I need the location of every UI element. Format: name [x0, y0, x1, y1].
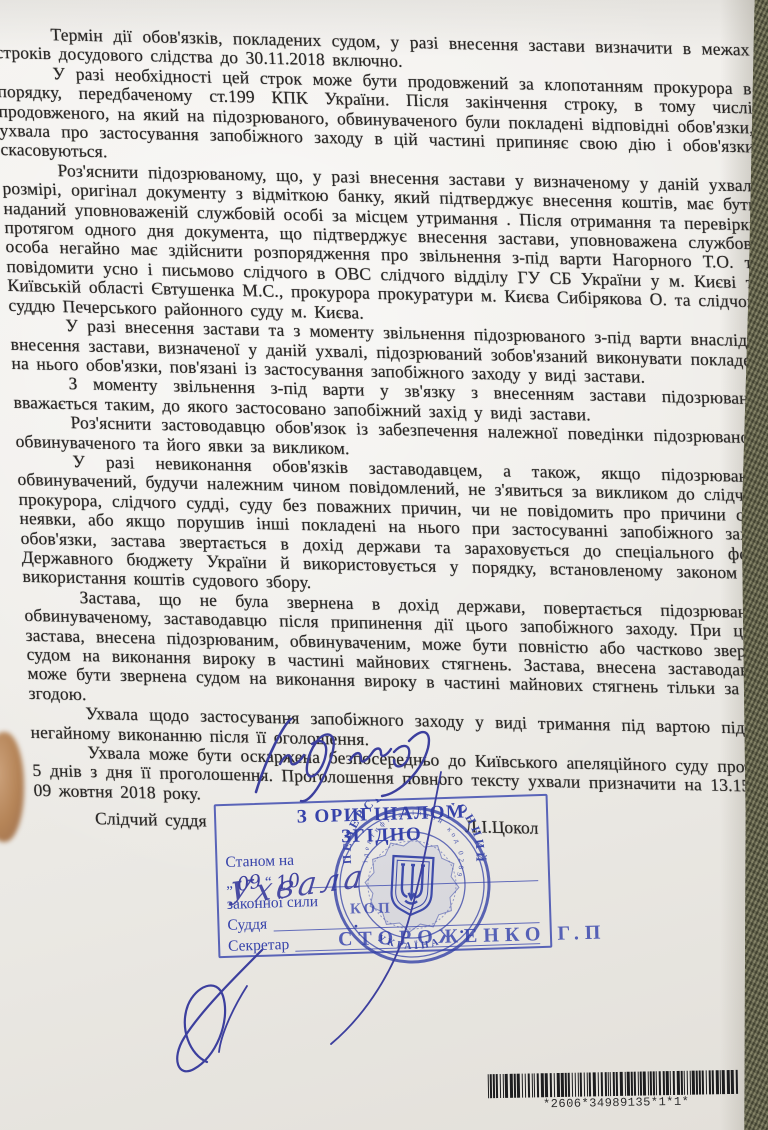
paragraph: У разі невиконання обов'язків заставодав…	[16, 451, 768, 603]
barcode-bar	[557, 1073, 560, 1097]
barcode-bar	[490, 1074, 492, 1098]
barcode-bar	[709, 1070, 711, 1094]
seal-right-dot: •	[459, 925, 464, 939]
barcode-bar	[568, 1073, 570, 1097]
barcode-bar	[500, 1074, 501, 1098]
barcode-bar	[537, 1073, 539, 1097]
barcode-bar	[687, 1071, 688, 1095]
barcode-bar	[722, 1070, 725, 1094]
barcode-bar	[601, 1072, 603, 1096]
barcode-bar	[659, 1071, 661, 1095]
barcode-bar	[673, 1071, 675, 1095]
barcode-bar	[517, 1074, 520, 1098]
judge-label: Суддя	[227, 916, 267, 935]
barcode-bars	[488, 1070, 744, 1098]
barcode-bar	[575, 1073, 576, 1097]
barcode-bar	[702, 1070, 704, 1094]
barcode-bar	[550, 1073, 552, 1097]
barcode-bar	[554, 1073, 555, 1097]
barcode-bar	[696, 1071, 698, 1095]
barcode-bar	[684, 1071, 685, 1095]
barcode-bar	[656, 1071, 657, 1095]
barcode-bar	[653, 1071, 655, 1095]
paragraph: Роз'яснити підозрюваному, що, у разі вне…	[1, 160, 764, 332]
barcode-bar	[505, 1074, 508, 1098]
paragraph: Застава, що не була звернена в дохід дер…	[23, 587, 768, 720]
barcode-bar	[666, 1071, 669, 1095]
barcode-bar	[692, 1071, 695, 1095]
barcode-bar	[514, 1074, 516, 1098]
barcode-bar	[699, 1071, 701, 1095]
ruling-text: Термін дії обов'язків, покладених судом,…	[0, 24, 768, 844]
barcode-bar	[677, 1071, 680, 1095]
barcode-bar	[634, 1072, 636, 1096]
barcode-bar	[712, 1070, 714, 1094]
barcode-bar	[716, 1070, 719, 1094]
barcode-bar	[620, 1072, 623, 1096]
barcode-bar	[580, 1073, 582, 1097]
barcode-bar	[631, 1072, 633, 1096]
seal-country-text-holder: УКРАЇНА	[375, 933, 442, 954]
barcode-bar	[561, 1073, 564, 1097]
barcode-bar	[736, 1070, 738, 1094]
barcode-bar	[670, 1071, 671, 1095]
barcode-bar	[681, 1071, 683, 1095]
barcode-bar	[663, 1071, 665, 1095]
barcode-bar	[727, 1070, 730, 1094]
barcode-bar	[640, 1072, 642, 1096]
paragraph: У разі необхідності цей строк може бути …	[0, 63, 756, 176]
barcode-bar	[627, 1072, 630, 1096]
barcode-bar	[706, 1070, 707, 1094]
barcode-bar	[528, 1074, 530, 1098]
barcode-bar	[493, 1074, 495, 1098]
barcode-bar	[525, 1074, 526, 1098]
barcode-bar	[541, 1073, 544, 1097]
barcode-bar	[496, 1074, 498, 1098]
barcode-bar	[598, 1072, 599, 1096]
barcode-bar	[593, 1072, 596, 1096]
barcode-bar	[545, 1073, 548, 1097]
seal-left-dot: •	[353, 919, 358, 933]
barcode-bar	[589, 1072, 591, 1096]
court-seal: ПЕЧЕРСЬКИЙ РАЙОННИЙ СУД м.КИЄВА ідентифі…	[324, 797, 501, 974]
barcode-bar	[510, 1074, 513, 1098]
ruling-paragraphs: Термін дії обов'язків, покладених судом,…	[0, 24, 768, 817]
barcode-bar	[565, 1073, 567, 1097]
barcode-bar	[584, 1073, 585, 1097]
barcode-bar	[731, 1070, 734, 1094]
barcode-bar	[643, 1071, 646, 1095]
barcode-bar	[572, 1073, 573, 1097]
barcode-bar	[650, 1071, 652, 1095]
barcode-bar	[613, 1072, 615, 1096]
barcode-bar	[522, 1074, 523, 1098]
secretary-label: Секретар	[228, 936, 290, 956]
barcode-bar	[605, 1072, 607, 1096]
barcode-bar	[534, 1073, 535, 1097]
barcode-bar	[616, 1072, 618, 1096]
barcode-bar	[610, 1072, 611, 1096]
judge-role-label: Слідчий суддя	[95, 809, 208, 831]
seal-country-text: УКРАЇНА	[375, 933, 442, 954]
barcode: *2606*34989135*1*1*	[488, 1070, 745, 1112]
